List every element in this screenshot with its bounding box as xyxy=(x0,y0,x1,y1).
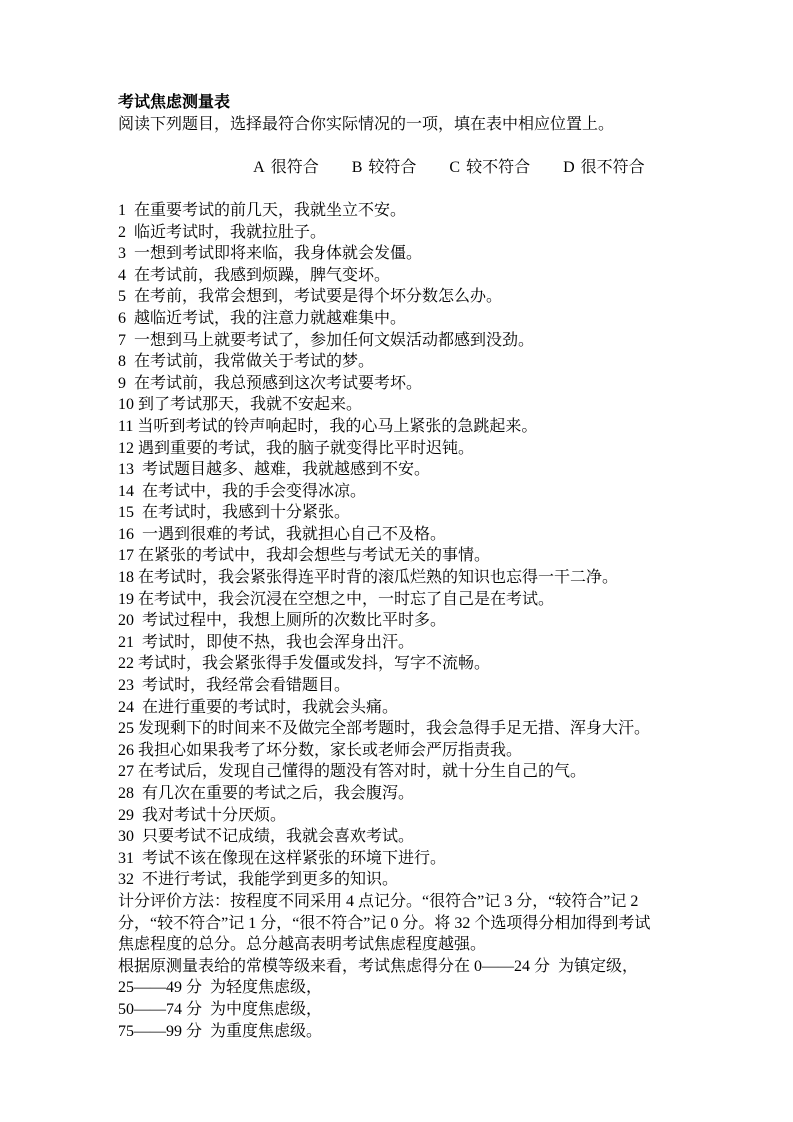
question-item: 24 在进行重要的考试时，我就会头痛。 xyxy=(118,697,683,719)
option-d-label: 很不符合 xyxy=(581,159,645,176)
option-b-key: B xyxy=(352,159,363,176)
option-d: D很不符合 xyxy=(563,159,645,176)
question-item: 21 考试时，即使不热，我也会浑身出汗。 xyxy=(118,632,683,654)
option-a-key: A xyxy=(253,159,265,176)
question-item: 27 在考试后，发现自己懂得的题没有答对时，就十分生自己的气。 xyxy=(118,761,683,783)
question-item: 30 只要考试不记成绩，我就会喜欢考试。 xyxy=(118,826,683,848)
norm-line: 75——99 分 为重度焦虑级。 xyxy=(118,1021,683,1043)
norm-section: 根据原测量表给的常模等级来看，考试焦虑得分在 0——24 分 为镇定级， 25—… xyxy=(118,956,683,1042)
scoring-line: 计分评价方法：按程度不同采用 4 点记分。“很符合”记 3 分，“较符合”记 2 xyxy=(118,891,683,913)
question-item: 4 在考试前，我感到烦躁，脾气变坏。 xyxy=(118,265,683,287)
question-item: 8 在考试前，我常做关于考试的梦。 xyxy=(118,351,683,373)
question-item: 1 在重要考试的前几天，我就坐立不安。 xyxy=(118,200,683,222)
question-item: 23 考试时，我经常会看错题目。 xyxy=(118,675,683,697)
instruction-text: 阅读下列题目，选择最符合你实际情况的一项，填在表中相应位置上。 xyxy=(118,114,683,136)
document-page: 考试焦虑测量表 阅读下列题目，选择最符合你实际情况的一项，填在表中相应位置上。 … xyxy=(0,0,793,1122)
question-item: 15 在考试时，我感到十分紧张。 xyxy=(118,502,683,524)
question-item: 20 考试过程中，我想上厕所的次数比平时多。 xyxy=(118,610,683,632)
norm-line: 50——74 分 为中度焦虑级， xyxy=(118,999,683,1021)
question-item: 10 到了考试那天，我就不安起来。 xyxy=(118,394,683,416)
option-a-label: 很符合 xyxy=(271,159,319,176)
option-b: B较符合 xyxy=(352,159,417,176)
question-item: 5 在考前，我常会想到，考试要是得个坏分数怎么办。 xyxy=(118,286,683,308)
scoring-section: 计分评价方法：按程度不同采用 4 点记分。“很符合”记 3 分，“较符合”记 2… xyxy=(118,891,683,956)
option-c-label: 较不符合 xyxy=(466,159,530,176)
question-item: 18 在考试时，我会紧张得连平时背的滚瓜烂熟的知识也忘得一干二净。 xyxy=(118,567,683,589)
question-item: 7 一想到马上就要考试了，参加任何文娱活动都感到没劲。 xyxy=(118,330,683,352)
question-item: 9 在考试前，我总预感到这次考试要考坏。 xyxy=(118,373,683,395)
option-c-key: C xyxy=(449,159,460,176)
question-item: 6 越临近考试，我的注意力就越难集中。 xyxy=(118,308,683,330)
scoring-line: 焦虑程度的总分。总分越高表明考试焦虑程度越强。 xyxy=(118,934,683,956)
question-item: 11 当听到考试的铃声响起时，我的心马上紧张的急跳起来。 xyxy=(118,416,683,438)
option-b-label: 较符合 xyxy=(368,159,416,176)
scoring-line: 分，“较不符合”记 1 分，“很不符合”记 0 分。将 32 个选项得分相加得到… xyxy=(118,913,683,935)
question-item: 28 有几次在重要的考试之后，我会腹泻。 xyxy=(118,783,683,805)
page-title: 考试焦虑测量表 xyxy=(118,92,683,114)
question-item: 32 不进行考试，我能学到更多的知识。 xyxy=(118,869,683,891)
option-a: A很符合 xyxy=(253,159,319,176)
norm-line: 根据原测量表给的常模等级来看，考试焦虑得分在 0——24 分 为镇定级， xyxy=(118,956,683,978)
option-d-key: D xyxy=(563,159,575,176)
question-item: 19 在考试中，我会沉浸在空想之中，一时忘了自己是在考试。 xyxy=(118,589,683,611)
question-item: 2 临近考试时，我就拉肚子。 xyxy=(118,222,683,244)
question-list: 1 在重要考试的前几天，我就坐立不安。 2 临近考试时，我就拉肚子。 3 一想到… xyxy=(118,200,683,891)
option-c: C较不符合 xyxy=(449,159,530,176)
question-item: 22 考试时，我会紧张得手发僵或发抖，写字不流畅。 xyxy=(118,653,683,675)
question-item: 26 我担心如果我考了坏分数，家长或老师会严厉指责我。 xyxy=(118,740,683,762)
answer-options-row: A很符合B较符合C较不符合D很不符合 xyxy=(118,135,683,200)
question-item: 14 在考试中，我的手会变得冰凉。 xyxy=(118,481,683,503)
question-item: 25 发现剩下的时间来不及做完全部考题时，我会急得手足无措、浑身大汗。 xyxy=(118,718,683,740)
question-item: 29 我对考试十分厌烦。 xyxy=(118,805,683,827)
question-item: 16 一遇到很难的考试，我就担心自己不及格。 xyxy=(118,524,683,546)
question-item: 13 考试题目越多、越难，我就越感到不安。 xyxy=(118,459,683,481)
question-item: 17 在紧张的考试中，我却会想些与考试无关的事情。 xyxy=(118,545,683,567)
norm-line: 25——49 分 为轻度焦虑级， xyxy=(118,977,683,999)
question-item: 12 遇到重要的考试，我的脑子就变得比平时迟钝。 xyxy=(118,438,683,460)
question-item: 31 考试不该在像现在这样紧张的环境下进行。 xyxy=(118,848,683,870)
question-item: 3 一想到考试即将来临，我身体就会发僵。 xyxy=(118,243,683,265)
